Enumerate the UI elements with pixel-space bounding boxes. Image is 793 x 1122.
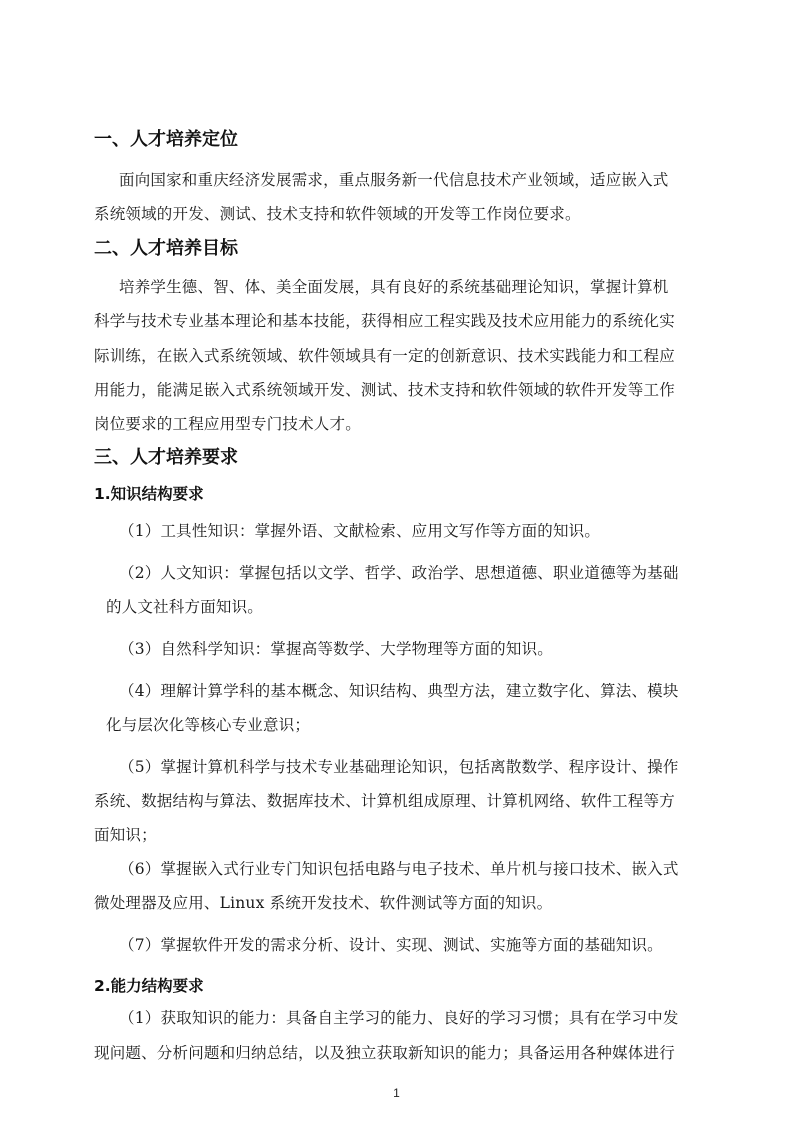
subsection-heading-knowledge: 1.知识结构要求	[94, 484, 204, 504]
paragraph-line: 培养学生德、智、体、美全面发展，具有良好的系统基础理论知识，掌握计算机	[119, 277, 669, 297]
paragraph-line: 际训练，在嵌入式系统领域、软件领域具有一定的创新意识、技术实践能力和工程应	[94, 346, 675, 366]
paragraph-line: 系统领域的开发、测试、技术支持和软件领域的开发等工作岗位要求。	[94, 204, 581, 224]
list-item: （2）人文知识：掌握包括以文学、哲学、政治学、思想道德、职业道德等为基础	[119, 563, 679, 583]
list-item: （7）掌握软件开发的需求分析、设计、实现、测试、实施等方面的基础知识。	[119, 935, 663, 955]
list-item: （3）自然科学知识：掌握高等数学、大学物理等方面的知识。	[119, 639, 553, 659]
paragraph-line: 用能力，能满足嵌入式系统领域开发、测试、技术支持和软件领域的软件开发等工作	[94, 380, 675, 400]
list-item-continuation: 的人文社科方面知识。	[106, 597, 263, 617]
list-item-continuation: 系统、数据结构与算法、数据库技术、计算机组成原理、计算机网络、软件工程等方	[94, 791, 675, 811]
section-heading-objectives: 二、人才培养目标	[94, 237, 238, 261]
list-item: （1）获取知识的能力：具备自主学习的能力、良好的学习习惯；具有在学习中发	[119, 1008, 679, 1028]
list-item-continuation: 化与层次化等核心专业意识；	[106, 715, 310, 735]
list-item-continuation: 面知识；	[94, 825, 157, 845]
paragraph-line: 面向国家和重庆经济发展需求，重点服务新一代信息技术产业领域，适应嵌入式	[119, 170, 669, 190]
subsection-heading-ability: 2.能力结构要求	[94, 976, 204, 996]
list-item: （5）掌握计算机科学与技术专业基础理论知识，包括离散数学、程序设计、操作	[119, 757, 679, 777]
page-number: 1	[0, 1086, 793, 1100]
list-item: （6）掌握嵌入式行业专门知识包括电路与电子技术、单片机与接口技术、嵌入式	[119, 859, 679, 879]
section-heading-positioning: 一、人才培养定位	[94, 128, 238, 152]
paragraph-line: 岗位要求的工程应用型专门技术人才。	[94, 414, 361, 434]
list-item-continuation: 现问题、分析问题和归纳总结，以及独立获取新知识的能力；具备运用各种媒体进行	[94, 1043, 675, 1063]
list-item: （4）理解计算学科的基本概念、知识结构、典型方法，建立数字化、算法、模块	[119, 681, 679, 701]
paragraph-line: 科学与技术专业基本理论和基本技能，获得相应工程实践及技术应用能力的系统化实	[94, 311, 675, 331]
section-heading-requirements: 三、人才培养要求	[94, 446, 238, 470]
list-item: （1）工具性知识：掌握外语、文献检索、应用文写作等方面的知识。	[119, 521, 600, 541]
document-page: 一、人才培养定位 面向国家和重庆经济发展需求，重点服务新一代信息技术产业领域，适…	[0, 0, 793, 1122]
list-item-continuation: 微处理器及应用、Linux 系统开发技术、软件测试等方面的知识。	[94, 893, 552, 913]
